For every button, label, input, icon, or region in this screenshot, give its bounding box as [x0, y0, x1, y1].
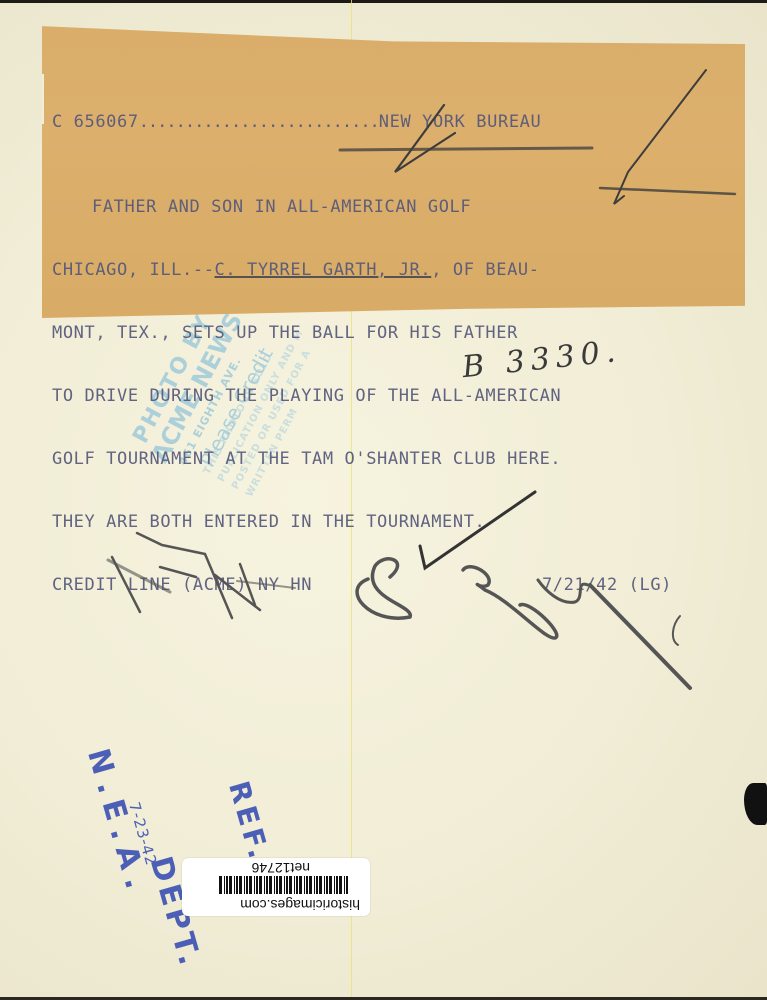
caption-line-5: THEY ARE BOTH ENTERED IN THE TOURNAMENT.: [52, 512, 672, 533]
barcode-code: net12746: [252, 860, 310, 876]
caption-subject-name: C. TYRREL GARTH, JR.: [215, 260, 432, 280]
caption-line-3: TO DRIVE DURING THE PLAYING OF THE ALL-A…: [52, 386, 672, 407]
credit-line: CREDIT LINE (ACME) NY HN: [52, 575, 312, 596]
caption-dots: ..........................: [139, 112, 379, 132]
photo-back: PHOTO BY ACME NEWS 461 EIGHTH AVE. Pleas…: [0, 0, 767, 1000]
caption-header: C 656067..........................NEW YO…: [52, 112, 672, 133]
barcode-label: historicimages.com net12746: [182, 858, 370, 916]
tape-residue: [744, 783, 767, 825]
barcode-site: historicimages.com: [240, 897, 360, 913]
caption-date-code: 7/21/42 (LG): [542, 575, 672, 596]
caption-line-1: CHICAGO, ILL.--C. TYRREL GARTH, JR., OF …: [52, 260, 672, 281]
caption-credit-row: CREDIT LINE (ACME) NY HN7/21/42 (LG): [52, 575, 672, 596]
caption-headline: FATHER AND SON IN ALL-AMERICAN GOLF: [52, 197, 672, 218]
ref-dept-stamp: REF. DEPT. N.E.A. 7-23-42: [60, 735, 380, 975]
caption-line-4: GOLF TOURNAMENT AT THE TAM O'SHANTER CLU…: [52, 449, 672, 470]
ref-stamp-ref: REF.: [222, 777, 276, 865]
top-edge: [0, 0, 767, 3]
caption-dateline: CHICAGO, ILL.--: [52, 260, 215, 280]
caption-line-1-end: , OF BEAU-: [431, 260, 539, 280]
slip-notch: [34, 74, 44, 124]
caption-bureau: NEW YORK BUREAU: [379, 112, 542, 132]
caption-id: C 656067: [52, 112, 139, 132]
barcode-icon: [218, 876, 348, 894]
